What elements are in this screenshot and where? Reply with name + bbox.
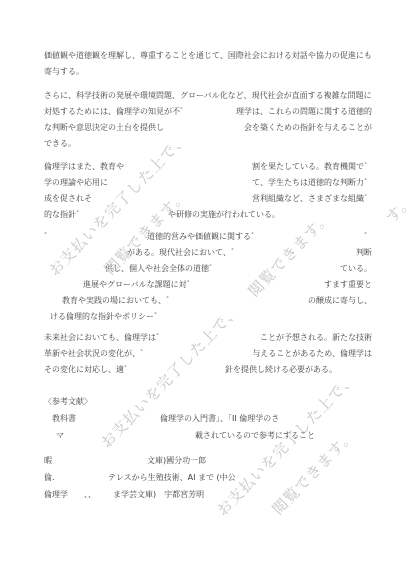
document-text-line: 暇文庫)國分功一郎 <box>0 455 410 467</box>
text-fragment: 理学は、これらの問題に関する道徳的 <box>236 106 372 117</box>
document-text-line: 〈参考文献〉 <box>0 396 410 408</box>
document-text-line: 未来社会においても、倫理学は゛ことが予想される。新たな技術 <box>0 332 410 344</box>
text-fragment: 与えることがあるため、倫理学は <box>252 348 372 359</box>
text-fragment: 倫理学はまた、教育や <box>44 161 124 172</box>
text-fragment: できる。 <box>44 138 76 149</box>
text-fragment: や研修の実施が行われている。 <box>168 209 280 220</box>
text-fragment: 寄与する。 <box>44 66 84 77</box>
text-fragment: て、学生たちは道徳的な判断力゛ <box>252 177 372 188</box>
document-text-line: な判断や意思決定の土台を提供し会を築くための指針を与えることが <box>0 122 410 134</box>
document-text-line: できる。 <box>0 138 410 150</box>
text-fragment: 倫理学の入門書」、「II 倫理学のさ <box>160 413 279 424</box>
text-fragment: 未来社会においても、倫理学は゛ <box>44 332 164 343</box>
document-text-line: 倫理学、、ま学芸文庫) 宇都宮芳明 <box>0 489 410 501</box>
text-fragment: 倫理学 <box>44 489 68 500</box>
text-fragment: テレスから生殖技術、AI まで (中公 <box>108 472 236 483</box>
text-fragment: 進展やグローバルな課題に対゛ <box>83 279 195 290</box>
text-fragment: 営利組織など、さまざまな組織゛ <box>252 193 372 204</box>
text-fragment: 供し、個人や社会全体の道徳゛ <box>105 263 217 274</box>
text-fragment: その変化に対応し、適゛ <box>44 364 132 375</box>
watermark-text: お支払いを完了した上で、 <box>206 364 366 528</box>
text-fragment: ゛ <box>44 231 52 242</box>
document-text-line: その変化に対応し、適゛針を提供し続ける必要がある。 <box>0 364 410 376</box>
document-text-line: 学の理論や応用にて、学生たちは道徳的な判断力゛ <box>0 177 410 189</box>
text-fragment: 針を提供し続ける必要がある。 <box>225 364 337 375</box>
text-fragment: ている。 <box>340 263 372 274</box>
text-fragment: 教育や実践の場においても、゛ <box>62 295 174 306</box>
document-text-line: 革新や社会状況の変化が、゛与えることがあるため、倫理学は <box>0 348 410 360</box>
text-fragment: 暇 <box>44 455 52 466</box>
text-fragment: すます重要と <box>324 279 372 290</box>
text-fragment: 倫. <box>44 472 55 483</box>
text-fragment: 学の理論や応用に <box>44 177 108 188</box>
text-fragment: 載されているので参考にすること <box>195 430 315 441</box>
text-fragment: マ <box>56 430 64 441</box>
document-page: 価値観や道徳観を理解し、尊重することを通じて、国際社会における対話や協力の促進に… <box>0 0 410 580</box>
text-fragment: がある。現代社会において、゛ <box>127 247 239 258</box>
document-text-line: 教科書倫理学の入門書」、「II 倫理学のさ <box>0 413 410 425</box>
text-fragment: 教科書 <box>52 413 76 424</box>
text-fragment: さらに、科学技術の発展や環境問題、グローバル化など、現代社会が直面する複雑な問題… <box>44 90 372 101</box>
document-text-line: ゛道徳的営みや価値観に関する゛゛ <box>0 231 410 243</box>
text-fragment: ける倫理的な指針やポリシー゛ <box>50 311 162 322</box>
text-fragment: 、、 <box>84 489 96 500</box>
document-text-line: ける倫理的な指針やポリシー゛ <box>0 311 410 323</box>
text-fragment: な判断や意思決定の土台を提供し <box>44 122 164 133</box>
text-fragment: 成を促されそ <box>44 193 92 204</box>
text-fragment: 革新や社会状況の変化が、゛ <box>44 348 148 359</box>
text-fragment: ことが予想される。新たな技術 <box>260 332 372 343</box>
text-fragment: ゛ <box>364 231 372 242</box>
text-fragment: 文庫)國分功一郎 <box>147 455 206 466</box>
text-fragment: ま学芸文庫) 宇都宮芳明 <box>113 489 204 500</box>
text-fragment: 的な指針゛ <box>44 209 84 220</box>
document-text-line: 供し、個人や社会全体の道徳゛ている。 <box>0 263 410 275</box>
document-text-line: 成を促されそ営利組織など、さまざまな組織゛ <box>0 193 410 205</box>
document-text-line: 進展やグローバルな課題に対゛すます重要と <box>0 279 410 291</box>
text-fragment: 会を築くための指針を与えることが <box>244 122 372 133</box>
text-fragment: 割を果たしている。教育機関で゛ <box>252 161 372 172</box>
document-text-line: 価値観や道徳観を理解し、尊重することを通じて、国際社会における対話や協力の促進に… <box>0 50 410 62</box>
text-fragment: 判断 <box>356 247 372 258</box>
text-fragment: 道徳的営みや価値観に関する゛ <box>147 231 259 242</box>
document-text-line: マ載されているので参考にすること <box>0 430 410 442</box>
document-text-line: 寄与する。 <box>0 66 410 78</box>
document-text-line: 倫理学はまた、教育や割を果たしている。教育機関で゛ <box>0 161 410 173</box>
document-text-line: 倫.テレスから生殖技術、AI まで (中公 <box>0 472 410 484</box>
text-fragment: 対処するためには、倫理学の知見が不゛ <box>44 106 188 117</box>
document-text-line: 教育や実践の場においても、゛の醸成に寄与し、 <box>0 295 410 307</box>
text-fragment: 〈参考文献〉 <box>44 396 92 407</box>
document-text-line: さらに、科学技術の発展や環境問題、グローバル化など、現代社会が直面する複雑な問題… <box>0 90 410 102</box>
document-text-line: がある。現代社会において、゛判断 <box>0 247 410 259</box>
document-text-line: 対処するためには、倫理学の知見が不゛理学は、これらの問題に関する道徳的 <box>0 106 410 118</box>
text-fragment: 価値観や道徳観を理解し、尊重することを通じて、国際社会における対話や協力の促進に… <box>44 50 372 61</box>
text-fragment: の醸成に寄与し、 <box>308 295 372 306</box>
document-text-line: 的な指針゛や研修の実施が行われている。 <box>0 209 410 221</box>
